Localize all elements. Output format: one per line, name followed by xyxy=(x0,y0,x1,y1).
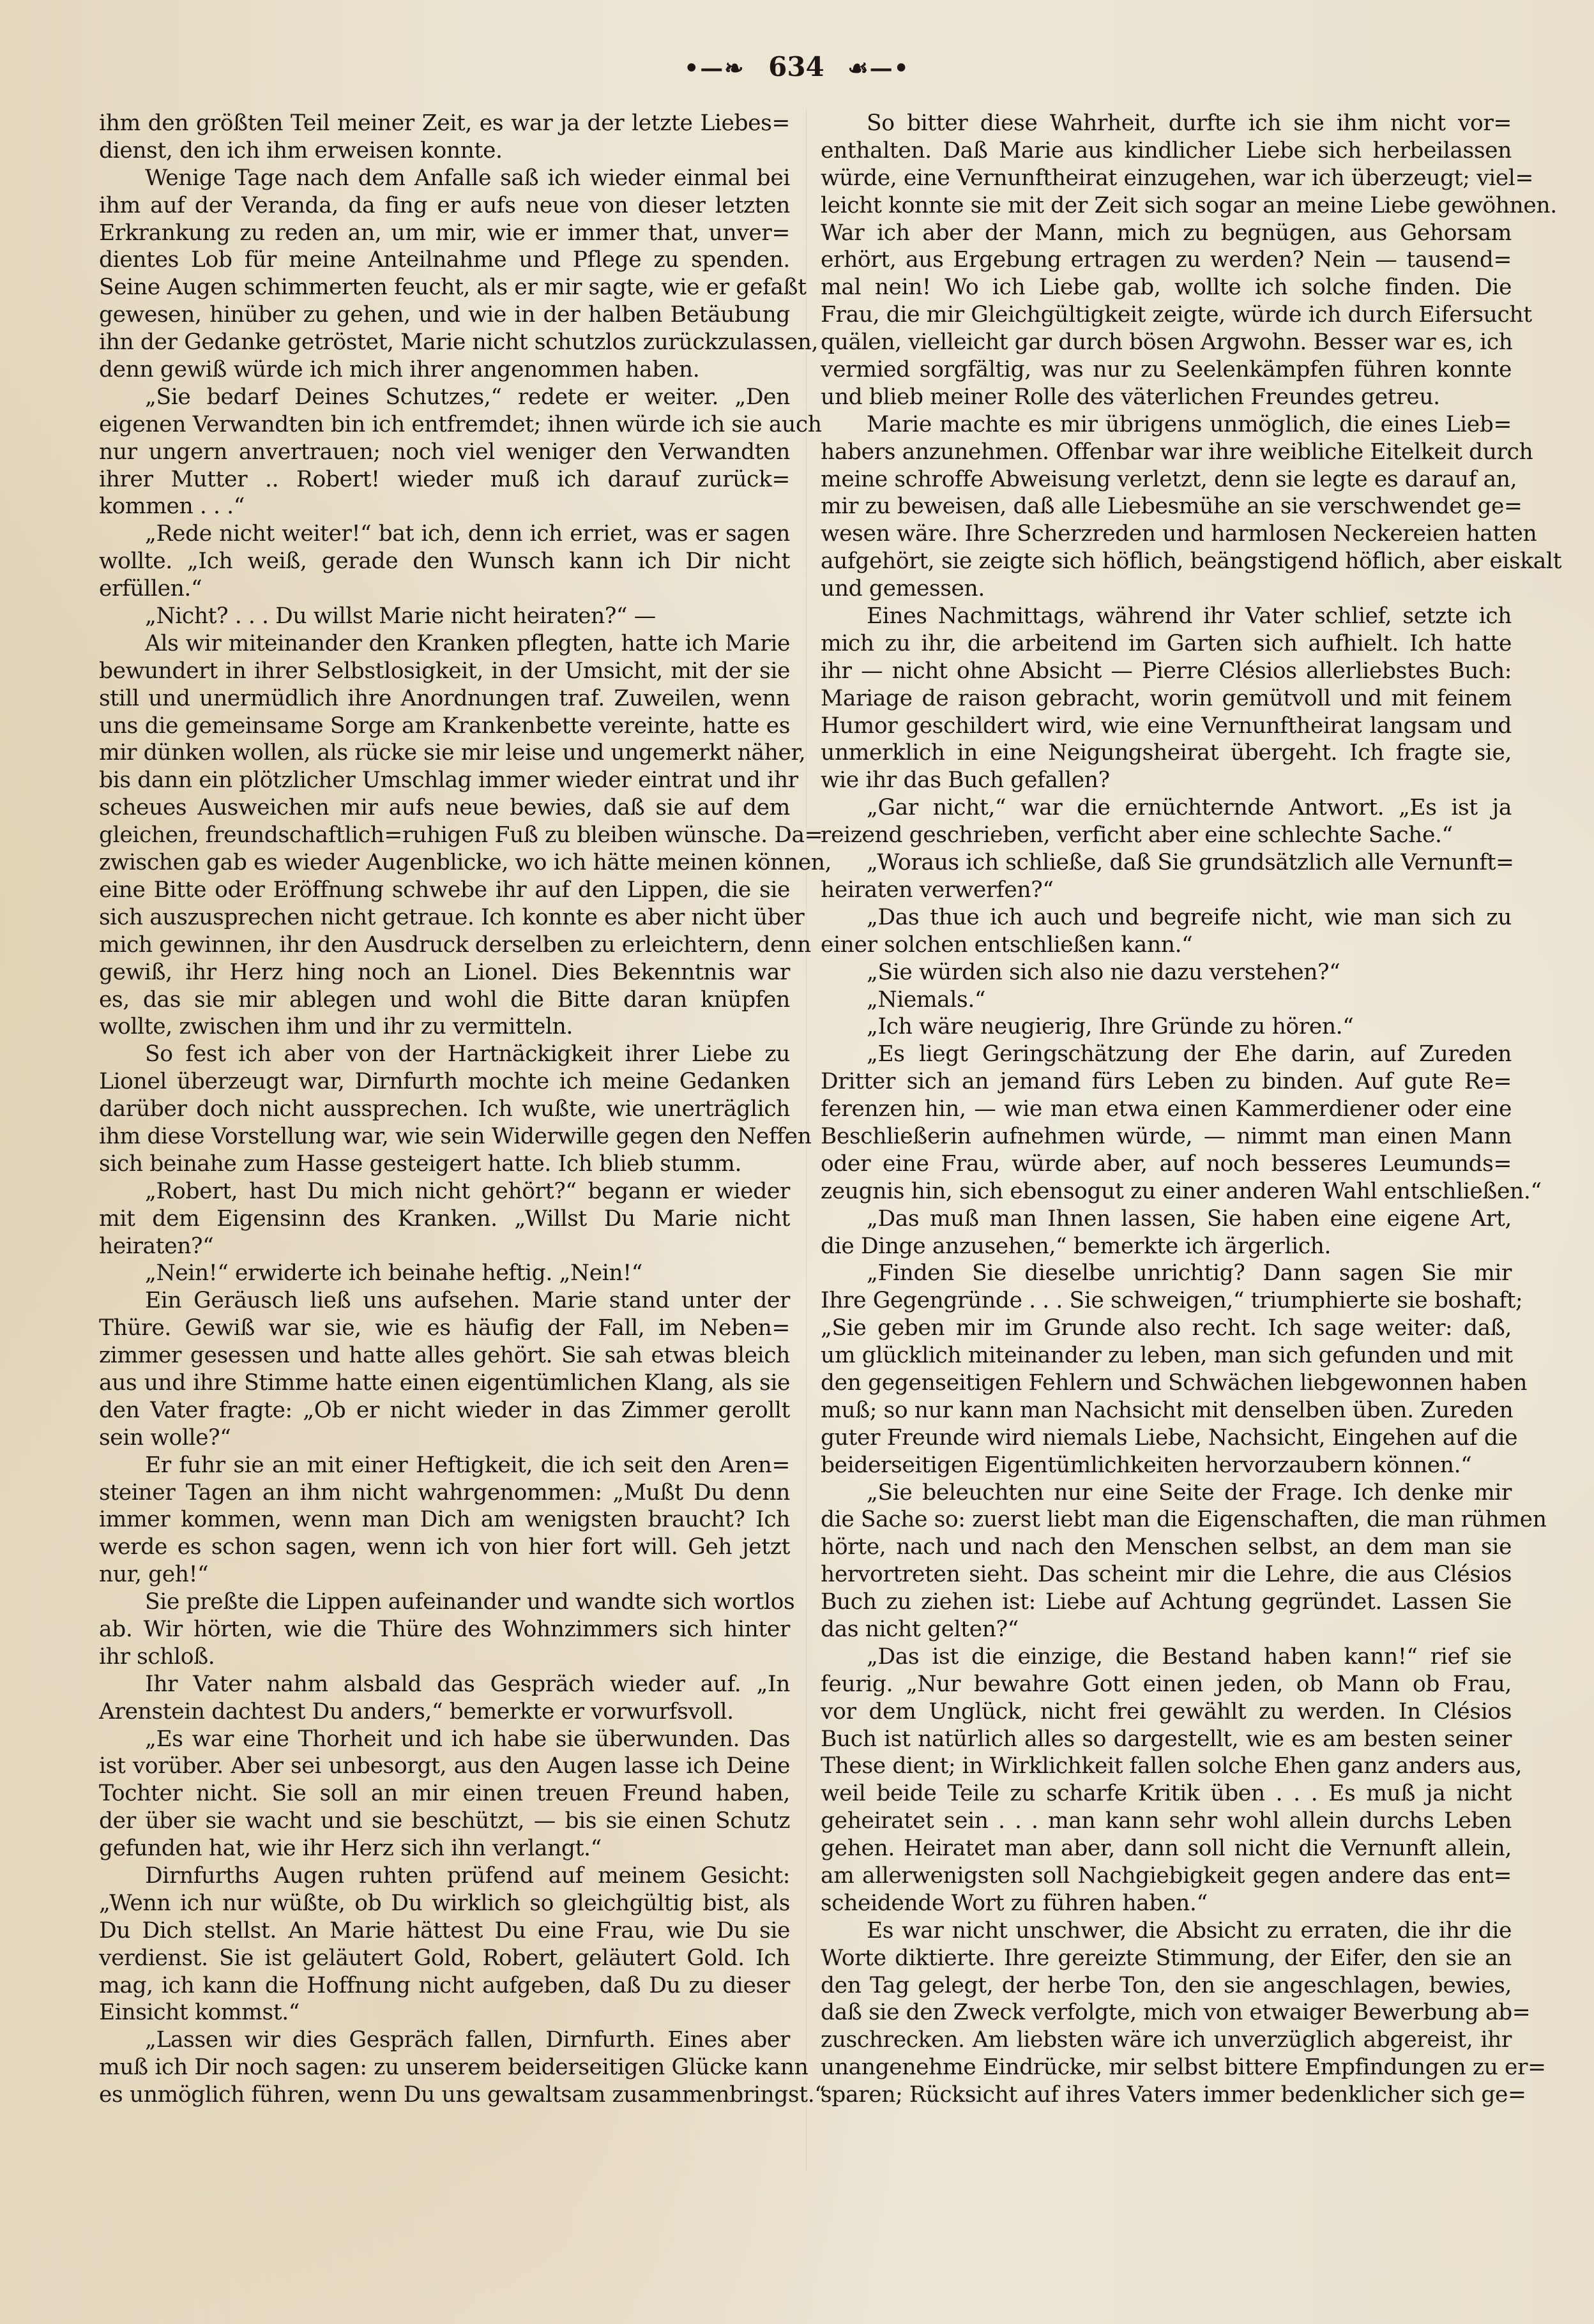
text-line: Buch zu ziehen ist: Liebe auf Achtung ge… xyxy=(821,1588,1512,1616)
text-line: den gegenseitigen Fehlern und Schwächen … xyxy=(821,1369,1512,1397)
text-line: geheiratet sein . . . man kann sehr wohl… xyxy=(821,1807,1512,1835)
text-line: am allerwenigsten soll Nachgiebigkeit ge… xyxy=(821,1862,1512,1890)
text-column-left: ihm den größten Teil meiner Zeit, es war… xyxy=(99,110,790,2109)
text-line: mit dem Eigensinn des Kranken. „Willst D… xyxy=(99,1205,790,1233)
ornament-left-icon: •—❧ xyxy=(684,55,745,82)
text-line: um glücklich miteinander zu leben, man s… xyxy=(821,1342,1512,1369)
text-line: still und unermüdlich ihre Anordnungen t… xyxy=(99,685,790,713)
text-line: „Rede nicht weiter!“ bat ich, denn ich e… xyxy=(99,520,790,548)
text-line: Einsicht kommst.“ xyxy=(99,1999,790,2026)
text-line: den Tag gelegt, der herbe Ton, den sie a… xyxy=(821,1972,1512,2000)
text-line: eine Bitte oder Eröffnung schwebe ihr au… xyxy=(99,877,790,904)
text-line: oder eine Frau, würde aber, auf noch bes… xyxy=(821,1151,1512,1178)
text-line: uns die gemeinsame Sorge am Krankenbette… xyxy=(99,713,790,740)
text-line: Marie machte es mir übrigens unmöglich, … xyxy=(821,411,1512,439)
text-line: „Woraus ich schließe, daß Sie grundsätzl… xyxy=(821,849,1512,877)
text-line: „Das thue ich auch und begreife nicht, w… xyxy=(821,904,1512,932)
text-line: sein wolle?“ xyxy=(99,1424,790,1452)
text-line: zwischen gab es wieder Augenblicke, wo i… xyxy=(99,849,790,877)
text-line: ihm den größten Teil meiner Zeit, es war… xyxy=(99,110,790,137)
text-line: Du Dich stellst. An Marie hättest Du ein… xyxy=(99,1917,790,1945)
text-line: „Sie geben mir im Grunde also recht. Ich… xyxy=(821,1315,1512,1342)
text-line: meine schroffe Abweisung verletzt, denn … xyxy=(821,466,1512,494)
text-line: enthalten. Daß Marie aus kindlicher Lieb… xyxy=(821,137,1512,165)
text-line: „Gar nicht,“ war die ernüchternde Antwor… xyxy=(821,794,1512,822)
text-line: nur, geh!“ xyxy=(99,1561,790,1588)
text-line: einer solchen entschließen kann.“ xyxy=(821,932,1512,959)
text-line: unangenehme Eindrücke, mir selbst bitter… xyxy=(821,2054,1512,2081)
text-line: mir dünken wollen, als rücke sie mir lei… xyxy=(99,739,790,767)
text-line: es unmöglich führen, wenn Du uns gewalts… xyxy=(99,2081,790,2109)
text-line: Eines Nachmittags, während ihr Vater sch… xyxy=(821,603,1512,630)
text-line: und gemessen. xyxy=(821,575,1512,603)
text-line: Arenstein dachtest Du anders,“ bemerkte … xyxy=(99,1698,790,1726)
text-line: weil beide Teile zu scharfe Kritik üben … xyxy=(821,1780,1512,1807)
text-line: ihn der Gedanke getröstet, Marie nicht s… xyxy=(99,329,790,356)
text-line: So bitter diese Wahrheit, durfte ich sie… xyxy=(821,110,1512,137)
text-line: wie ihr das Buch gefallen? xyxy=(821,767,1512,794)
text-line: zimmer gesessen und hatte alles gehört. … xyxy=(99,1342,790,1369)
text-line: dientes Lob für meine Anteilnahme und Pf… xyxy=(99,246,790,274)
text-line: gewesen, hinüber zu gehen, und wie in de… xyxy=(99,301,790,329)
text-line: steiner Tagen an ihm nicht wahrgenommen:… xyxy=(99,1479,790,1507)
text-line: ist vorüber. Aber sei unbesorgt, aus den… xyxy=(99,1753,790,1780)
text-line: unmerklich in eine Neigungsheirat überge… xyxy=(821,739,1512,767)
text-line: sich auszusprechen nicht getraue. Ich ko… xyxy=(99,904,790,932)
text-line: bis dann ein plötzlicher Umschlag immer … xyxy=(99,767,790,794)
text-line: heiraten?“ xyxy=(99,1233,790,1260)
text-line: Als wir miteinander den Kranken pflegten… xyxy=(99,630,790,658)
text-line: „Sie beleuchten nur eine Seite der Frage… xyxy=(821,1479,1512,1507)
text-line: der über sie wacht und sie beschützt, — … xyxy=(99,1807,790,1835)
text-line: ihrer Mutter .. Robert! wieder muß ich d… xyxy=(99,466,790,494)
text-line: „Sie würden sich also nie dazu verstehen… xyxy=(821,959,1512,986)
text-line: gleichen, freundschaftlich=ruhigen Fuß z… xyxy=(99,822,790,849)
text-line: mich zu ihr, die arbeitend im Garten sic… xyxy=(821,630,1512,658)
text-line: vermied sorgfältig, was nur zu Seelenkäm… xyxy=(821,356,1512,384)
page-number: 634 xyxy=(768,51,824,82)
text-column-right: So bitter diese Wahrheit, durfte ich sie… xyxy=(821,110,1512,2109)
text-line: würde, eine Vernunftheirat einzugehen, w… xyxy=(821,165,1512,192)
page-number-header: •—❧ 634 ☙—• xyxy=(0,51,1594,82)
text-line: feurig. „Nur bewahre Gott einen jeden, o… xyxy=(821,1671,1512,1698)
text-line: gefunden hat, wie ihr Herz sich ihn verl… xyxy=(99,1835,790,1862)
text-line: es, das sie mir ablegen und wohl die Bit… xyxy=(99,986,790,1014)
text-line: das nicht gelten?“ xyxy=(821,1616,1512,1643)
text-line: zeugnis hin, sich ebensogut zu einer and… xyxy=(821,1178,1512,1205)
text-line: quälen, vielleicht gar durch bösen Argwo… xyxy=(821,329,1512,356)
text-line: scheidende Wort zu führen haben.“ xyxy=(821,1890,1512,1917)
text-line: reizend geschrieben, verficht aber eine … xyxy=(821,822,1512,849)
text-line: Buch ist natürlich alles so dargestellt,… xyxy=(821,1726,1512,1753)
text-line: „Das ist die einzige, die Bestand haben … xyxy=(821,1643,1512,1671)
text-line: darüber doch nicht aussprechen. Ich wußt… xyxy=(99,1096,790,1123)
ornament-right-icon: ☙—• xyxy=(847,55,909,82)
text-line: Worte diktierte. Ihre gereizte Stimmung,… xyxy=(821,1945,1512,1972)
text-line: gehen. Heiratet man aber, dann soll nich… xyxy=(821,1835,1512,1862)
text-line: „Ich wäre neugierig, Ihre Gründe zu höre… xyxy=(821,1013,1512,1041)
text-line: „Nicht? . . . Du willst Marie nicht heir… xyxy=(99,603,790,630)
text-line: Lionel überzeugt war, Dirnfurth mochte i… xyxy=(99,1068,790,1096)
text-line: habers anzunehmen. Offenbar war ihre wei… xyxy=(821,439,1512,466)
text-line: So fest ich aber von der Hartnäckigkeit … xyxy=(99,1041,790,1068)
text-line: gewiß, ihr Herz hing noch an Lionel. Die… xyxy=(99,959,790,986)
text-line: vor dem Unglück, nicht frei gewählt zu w… xyxy=(821,1698,1512,1726)
text-line: Dirnfurths Augen ruhten prüfend auf mein… xyxy=(99,1862,790,1890)
text-line: bewundert in ihrer Selbstlosigkeit, in d… xyxy=(99,658,790,685)
text-line: verdienst. Sie ist geläutert Gold, Rober… xyxy=(99,1945,790,1972)
text-line: hervortreten sieht. Das scheint mir die … xyxy=(821,1561,1512,1588)
text-line: Ihr Vater nahm alsbald das Gespräch wied… xyxy=(99,1671,790,1698)
text-line: Beschließerin aufnehmen würde, — nimmt m… xyxy=(821,1123,1512,1151)
text-line: ihm auf der Veranda, da fing er aufs neu… xyxy=(99,192,790,220)
text-line: Humor geschildert wird, wie eine Vernunf… xyxy=(821,713,1512,740)
text-line: sparen; Rücksicht auf ihres Vaters immer… xyxy=(821,2081,1512,2109)
text-line: These dient; in Wirklichkeit fallen solc… xyxy=(821,1753,1512,1780)
text-line: „Sie bedarf Deines Schutzes,“ redete er … xyxy=(99,384,790,411)
text-line: Seine Augen schimmerten feucht, als er m… xyxy=(99,274,790,301)
text-line: „Es liegt Geringschätzung der Ehe darin,… xyxy=(821,1041,1512,1068)
text-line: beiderseitigen Eigentümlichkeiten hervor… xyxy=(821,1452,1512,1479)
text-line: ihr schloß. xyxy=(99,1643,790,1671)
text-line: „Lassen wir dies Gespräch fallen, Dirnfu… xyxy=(99,2026,790,2054)
text-line: Sie preßte die Lippen aufeinander und wa… xyxy=(99,1588,790,1616)
text-line: Es war nicht unschwer, die Absicht zu er… xyxy=(821,1917,1512,1945)
text-line: „Robert, hast Du mich nicht gehört?“ beg… xyxy=(99,1178,790,1205)
text-line: heiraten verwerfen?“ xyxy=(821,877,1512,904)
text-line: muß; so nur kann man Nachsicht mit dense… xyxy=(821,1397,1512,1424)
text-line: aus und ihre Stimme hatte einen eigentüm… xyxy=(99,1369,790,1397)
text-line: „Es war eine Thorheit und ich habe sie ü… xyxy=(99,1726,790,1753)
text-line: Thüre. Gewiß war sie, wie es häufig der … xyxy=(99,1315,790,1342)
text-line: denn gewiß würde ich mich ihrer angenomm… xyxy=(99,356,790,384)
text-line: „Das muß man Ihnen lassen, Sie haben ein… xyxy=(821,1205,1512,1233)
text-line: War ich aber der Mann, mich zu begnügen,… xyxy=(821,220,1512,247)
text-line: „Wenn ich nur wüßte, ob Du wirklich so g… xyxy=(99,1890,790,1917)
text-line: Tochter nicht. Sie soll an mir einen tre… xyxy=(99,1780,790,1807)
text-line: leicht konnte sie mit der Zeit sich soga… xyxy=(821,192,1512,220)
text-line: und blieb meiner Rolle des väterlichen F… xyxy=(821,384,1512,411)
text-line: muß ich Dir noch sagen: zu unserem beide… xyxy=(99,2054,790,2081)
text-line: mag, ich kann die Hoffnung nicht aufgebe… xyxy=(99,1972,790,2000)
text-line: Ein Geräusch ließ uns aufsehen. Marie st… xyxy=(99,1287,790,1315)
text-line: Dritter sich an jemand fürs Leben zu bin… xyxy=(821,1068,1512,1096)
text-line: immer kommen, wenn man Dich am wenigsten… xyxy=(99,1506,790,1534)
text-line: ihr — nicht ohne Absicht — Pierre Clésio… xyxy=(821,658,1512,685)
text-line: den Vater fragte: „Ob er nicht wieder in… xyxy=(99,1397,790,1424)
text-line: mir zu beweisen, daß alle Liebesmühe an … xyxy=(821,493,1512,520)
text-line: hörte, nach und nach den Menschen selbst… xyxy=(821,1534,1512,1561)
text-line: erhört, aus Ergebung ertragen zu werden?… xyxy=(821,246,1512,274)
text-line: wesen wäre. Ihre Scherzreden und harmlos… xyxy=(821,520,1512,548)
text-line: ferenzen hin, — wie man etwa einen Kamme… xyxy=(821,1096,1512,1123)
text-line: die Dinge anzusehen,“ bemerkte ich ärger… xyxy=(821,1233,1512,1260)
text-line: sich beinahe zum Hasse gesteigert hatte.… xyxy=(99,1151,790,1178)
text-line: guter Freunde wird niemals Liebe, Nachsi… xyxy=(821,1424,1512,1452)
text-line: wollte. „Ich weiß, gerade den Wunsch kan… xyxy=(99,548,790,575)
text-line: mich gewinnen, ihr den Ausdruck derselbe… xyxy=(99,932,790,959)
text-line: Erkrankung zu reden an, um mir, wie er i… xyxy=(99,220,790,247)
text-line: eigenen Verwandten bin ich entfremdet; i… xyxy=(99,411,790,439)
text-line: scheues Ausweichen mir aufs neue bewies,… xyxy=(99,794,790,822)
text-line: werde es schon sagen, wenn ich von hier … xyxy=(99,1534,790,1561)
text-line: „Nein!“ erwiderte ich beinahe heftig. „N… xyxy=(99,1260,790,1287)
text-line: erfüllen.“ xyxy=(99,575,790,603)
text-line: die Sache so: zuerst liebt man die Eigen… xyxy=(821,1506,1512,1534)
text-line: zuschrecken. Am liebsten wäre ich unverz… xyxy=(821,2026,1512,2054)
text-line: aufgehört, sie zeigte sich höflich, beän… xyxy=(821,548,1512,575)
text-line: ab. Wir hörten, wie die Thüre des Wohnzi… xyxy=(99,1616,790,1643)
text-line: daß sie den Zweck verfolgte, mich von et… xyxy=(821,1999,1512,2026)
text-line: mal nein! Wo ich Liebe gab, wollte ich s… xyxy=(821,274,1512,301)
text-line: „Niemals.“ xyxy=(821,986,1512,1014)
text-line: Mariage de raison gebracht, worin gemütv… xyxy=(821,685,1512,713)
text-line: ihm diese Vorstellung war, wie sein Wide… xyxy=(99,1123,790,1151)
text-line: Frau, die mir Gleichgültigkeit zeigte, w… xyxy=(821,301,1512,329)
text-line: Wenige Tage nach dem Anfalle saß ich wie… xyxy=(99,165,790,192)
text-line: kommen . . .“ xyxy=(99,493,790,520)
text-line: Er fuhr sie an mit einer Heftigkeit, die… xyxy=(99,1452,790,1479)
text-line: „Finden Sie dieselbe unrichtig? Dann sag… xyxy=(821,1260,1512,1287)
text-line: dienst, den ich ihm erweisen konnte. xyxy=(99,137,790,165)
text-line: wollte, zwischen ihm und ihr zu vermitte… xyxy=(99,1013,790,1041)
text-line: Ihre Gegengründe . . . Sie schweigen,“ t… xyxy=(821,1287,1512,1315)
text-line: nur ungern anvertrauen; noch viel wenige… xyxy=(99,439,790,466)
